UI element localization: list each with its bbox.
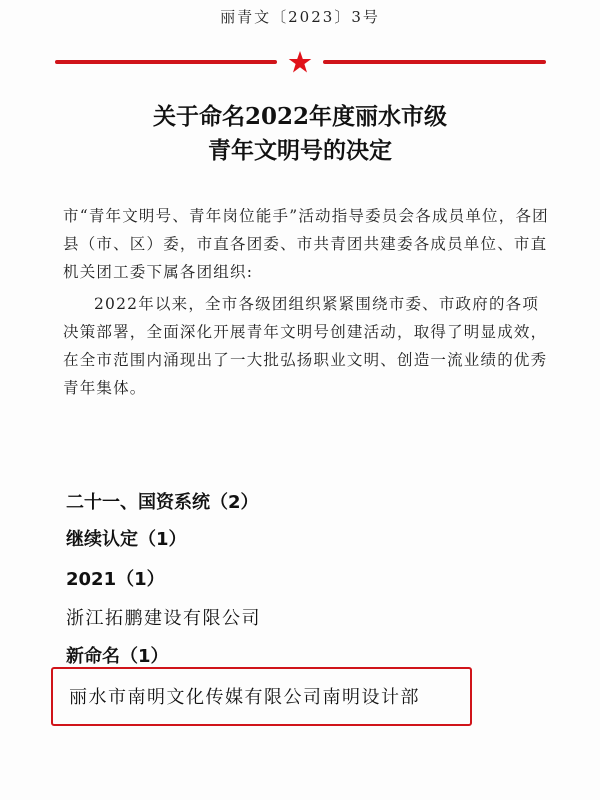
new-naming-heading: 新命名（1） xyxy=(66,642,169,668)
year-heading: 2021（1） xyxy=(66,565,165,591)
intro-paragraph: 2022年以来，全市各级团组织紧紧围绕市委、市政府的各项决策部署，全面深化开展青… xyxy=(63,290,553,402)
red-divider-left xyxy=(55,60,277,64)
star-icon xyxy=(288,50,312,74)
red-divider-right xyxy=(323,60,546,64)
document-title: 关于命名2022年度丽水市级 青年文明号的决定 xyxy=(0,100,600,168)
title-line-1: 关于命名2022年度丽水市级 xyxy=(0,100,600,134)
addressee-paragraph: 市“青年文明号、青年岗位能手”活动指导委员会各成员单位，各团县（市、区）委，市直… xyxy=(63,202,553,286)
continued-recognition-heading: 继续认定（1） xyxy=(66,525,187,551)
section-heading: 二十一、国资系统（2） xyxy=(66,488,259,514)
new-item: 丽水市南明文化传媒有限公司南明设计部 xyxy=(69,683,420,709)
doc-number: 丽青文〔2023〕3号 xyxy=(0,6,600,27)
highlight-box: 丽水市南明文化传媒有限公司南明设计部 xyxy=(51,667,472,726)
continued-item: 浙江拓鹏建设有限公司 xyxy=(66,604,261,630)
title-line-2: 青年文明号的决定 xyxy=(0,134,600,168)
